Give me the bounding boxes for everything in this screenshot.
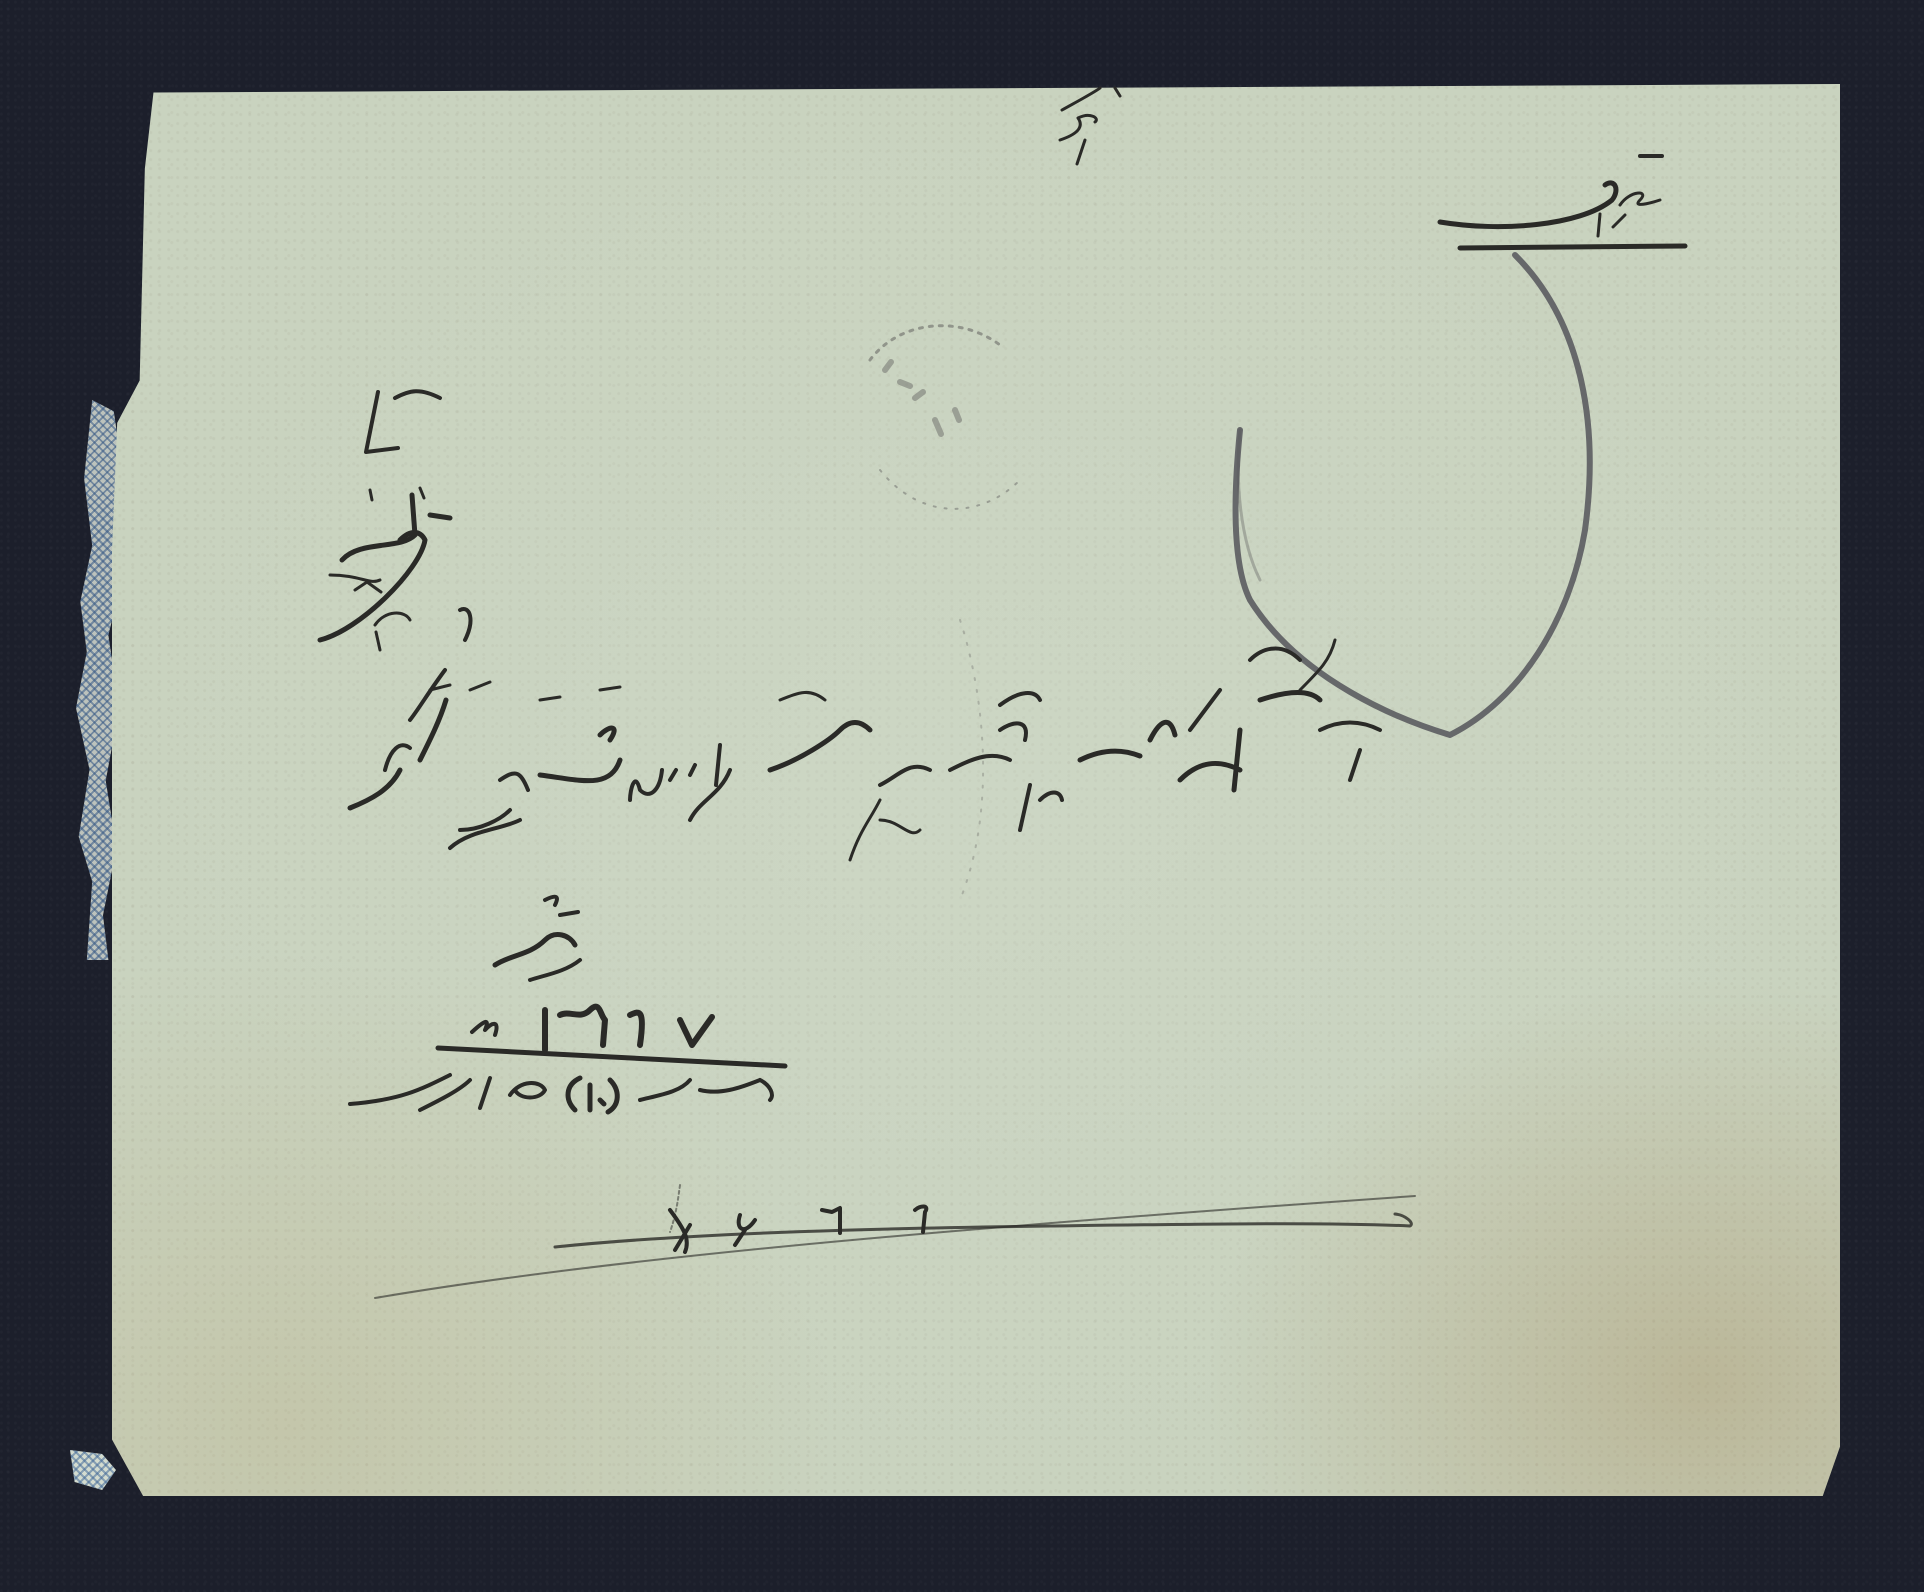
torn-corner-lining: [70, 1450, 116, 1490]
